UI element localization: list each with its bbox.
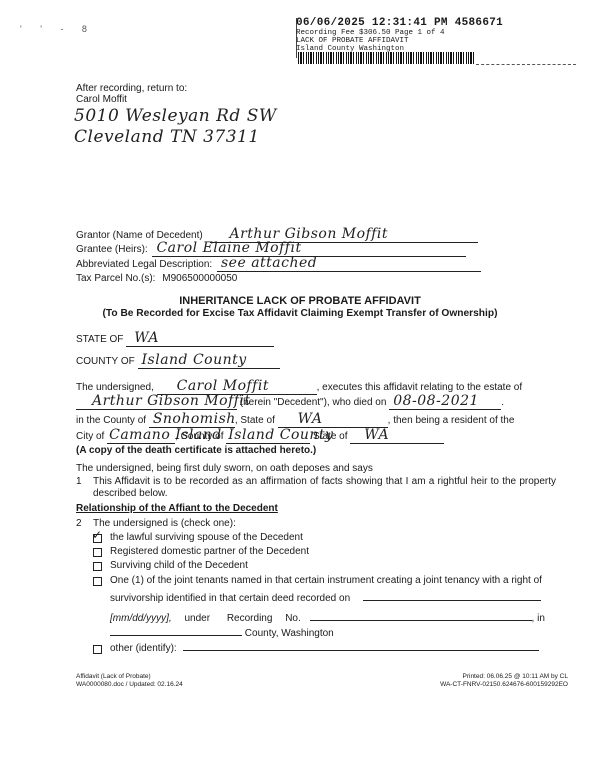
legal-description-field[interactable]: see attached — [217, 255, 481, 272]
document-title: INHERITANCE LACK OF PROBATE AFFIDAVIT — [0, 295, 600, 307]
checkmark-icon: ✓ — [92, 528, 102, 542]
footer-right: Printed: 06.06.25 @ 10:11 AM by CL WA-CT… — [398, 673, 568, 689]
county-of-field[interactable]: Island County — [138, 352, 280, 369]
state-of-row: STATE OF WA — [76, 330, 274, 347]
text-resident: , then being a resident of the — [388, 415, 515, 426]
text-state-of: , State of — [235, 415, 275, 426]
item-2-text: The undersigned is (check one): — [93, 518, 556, 530]
death-certificate-note: (A copy of the death certificate is atta… — [76, 445, 556, 457]
margin-marks: ' ' - 8 — [20, 24, 95, 34]
option-other-label: other (identify): — [110, 643, 177, 654]
death-county-field[interactable]: Snohomish — [149, 411, 235, 428]
option-other-row: other (identify): — [110, 643, 539, 654]
item-1-number: 1 — [76, 476, 82, 487]
return-address-line1: 5010 Wesleyan Rd SW — [74, 107, 277, 125]
other-identify-field[interactable] — [183, 650, 539, 651]
checkbox-joint-tenant[interactable] — [93, 577, 102, 586]
deed-recorded-date-field[interactable] — [363, 600, 541, 601]
body-line-4: City of Camano Island, County of Island … — [76, 427, 444, 444]
date-format-hint: [mm/dd/yyyy], — [110, 613, 172, 624]
stamp-doc-type: LACK OF PROBATE AFFIDAVIT — [296, 37, 503, 45]
text-state-of-2: State of — [313, 431, 347, 442]
body-line-3: in the County of Snohomish, State of WA,… — [76, 411, 514, 428]
item-1-text: This Affidavit is to be recorded as an a… — [93, 476, 556, 500]
legal-description-row: Abbreviated Legal Description: see attac… — [76, 255, 481, 272]
return-to-name: Carol Moffit — [76, 94, 187, 105]
stamp-fee-line: Recording Fee $306.50 Page 1 of 4 — [296, 29, 503, 37]
return-to-label: After recording, return to: — [76, 83, 187, 94]
footer-left: Affidavit (Lack of Probate) WA0000080.do… — [76, 673, 183, 689]
text-in-county-of: in the County of — [76, 415, 146, 426]
option-spouse-label: the lawful surviving spouse of the Deced… — [110, 532, 303, 543]
barcode-underline — [476, 64, 576, 65]
death-state-field[interactable]: WA — [278, 411, 388, 428]
footer-order-id: WA-CT-FNRV-02150.624676-600159292EO — [398, 681, 568, 689]
joint-tenancy-line-4: County, Washington — [110, 628, 334, 639]
section-heading-relationship: Relationship of the Affiant to the Deced… — [76, 503, 556, 515]
county-of-row: COUNTY OF Island County — [76, 352, 280, 369]
return-to-block: After recording, return to: Carol Moffit — [76, 83, 187, 105]
text-survivorship: survivorship identified in that certain … — [110, 593, 350, 604]
death-date-field[interactable]: 08-08-2021 — [389, 393, 501, 410]
checkbox-domestic-partner[interactable] — [93, 548, 102, 557]
tax-parcel-row: Tax Parcel No.(s): M906500000050 — [76, 273, 237, 284]
text-undersigned: The undersigned, — [76, 382, 154, 393]
barcode — [298, 52, 474, 64]
text-no: No. — [285, 613, 301, 624]
state-of-label: STATE OF — [76, 334, 123, 345]
footer-form-name: Affidavit (Lack of Probate) — [76, 673, 183, 681]
joint-tenancy-line-2: survivorship identified in that certain … — [110, 593, 541, 604]
residence-state-field[interactable]: WA — [350, 427, 444, 444]
state-of-field[interactable]: WA — [126, 330, 274, 347]
return-address-line2: Cleveland TN 37311 — [74, 128, 260, 146]
checkbox-surviving-child[interactable] — [93, 562, 102, 571]
recording-number-field[interactable] — [310, 620, 532, 621]
footer-form-version: WA0000080.doc / Updated: 02.16.24 — [76, 681, 183, 689]
tax-parcel-label: Tax Parcel No.(s): — [76, 273, 155, 284]
stamp-datetime-number: 06/06/2025 12:31:41 PM 4586671 — [296, 17, 503, 29]
text-under: under — [184, 613, 210, 624]
text-recording: Recording — [227, 613, 273, 624]
document-subtitle: (To Be Recorded for Excise Tax Affidavit… — [0, 308, 600, 320]
county-of-label: COUNTY OF — [76, 356, 135, 367]
recording-stamp: 06/06/2025 12:31:41 PM 4586671 Recording… — [296, 17, 503, 53]
item-2-number: 2 — [76, 518, 82, 529]
deed-county-field[interactable] — [110, 635, 242, 636]
decedent-name-field[interactable]: Arthur Gibson Moffit — [76, 393, 237, 410]
residence-county-field[interactable]: Island County — [226, 427, 310, 444]
text-in: , in — [532, 613, 545, 624]
checkbox-other[interactable] — [93, 645, 102, 654]
body-line-2: Arthur Gibson Moffit (herein "Decedent")… — [76, 393, 504, 410]
text-county-washington: County, Washington — [245, 628, 334, 639]
residence-city-field[interactable]: Camano Island — [107, 427, 175, 444]
grantee-label: Grantee (Heirs): — [76, 244, 148, 255]
option-domestic-partner-label: Registered domestic partner of the Deced… — [110, 546, 309, 557]
text-herein-decedent: (herein "Decedent"), who died on — [240, 397, 387, 408]
legal-description-label: Abbreviated Legal Description: — [76, 259, 212, 270]
sworn-statement: The undersigned, being first duly sworn,… — [76, 463, 556, 475]
tax-parcel-value: M906500000050 — [162, 273, 237, 284]
footer-printed: Printed: 06.06.25 @ 10:11 AM by CL — [398, 673, 568, 681]
text-county-of: , County of — [175, 431, 223, 442]
option-joint-tenant-label: One (1) of the joint tenants named in th… — [110, 575, 542, 586]
joint-tenancy-line-3: [mm/dd/yyyy], under Recording No. , in — [110, 613, 545, 624]
option-surviving-child-label: Surviving child of the Decedent — [110, 560, 248, 571]
text-city-of: City of — [76, 431, 104, 442]
text-executes: , executes this affidavit relating to th… — [317, 382, 523, 393]
